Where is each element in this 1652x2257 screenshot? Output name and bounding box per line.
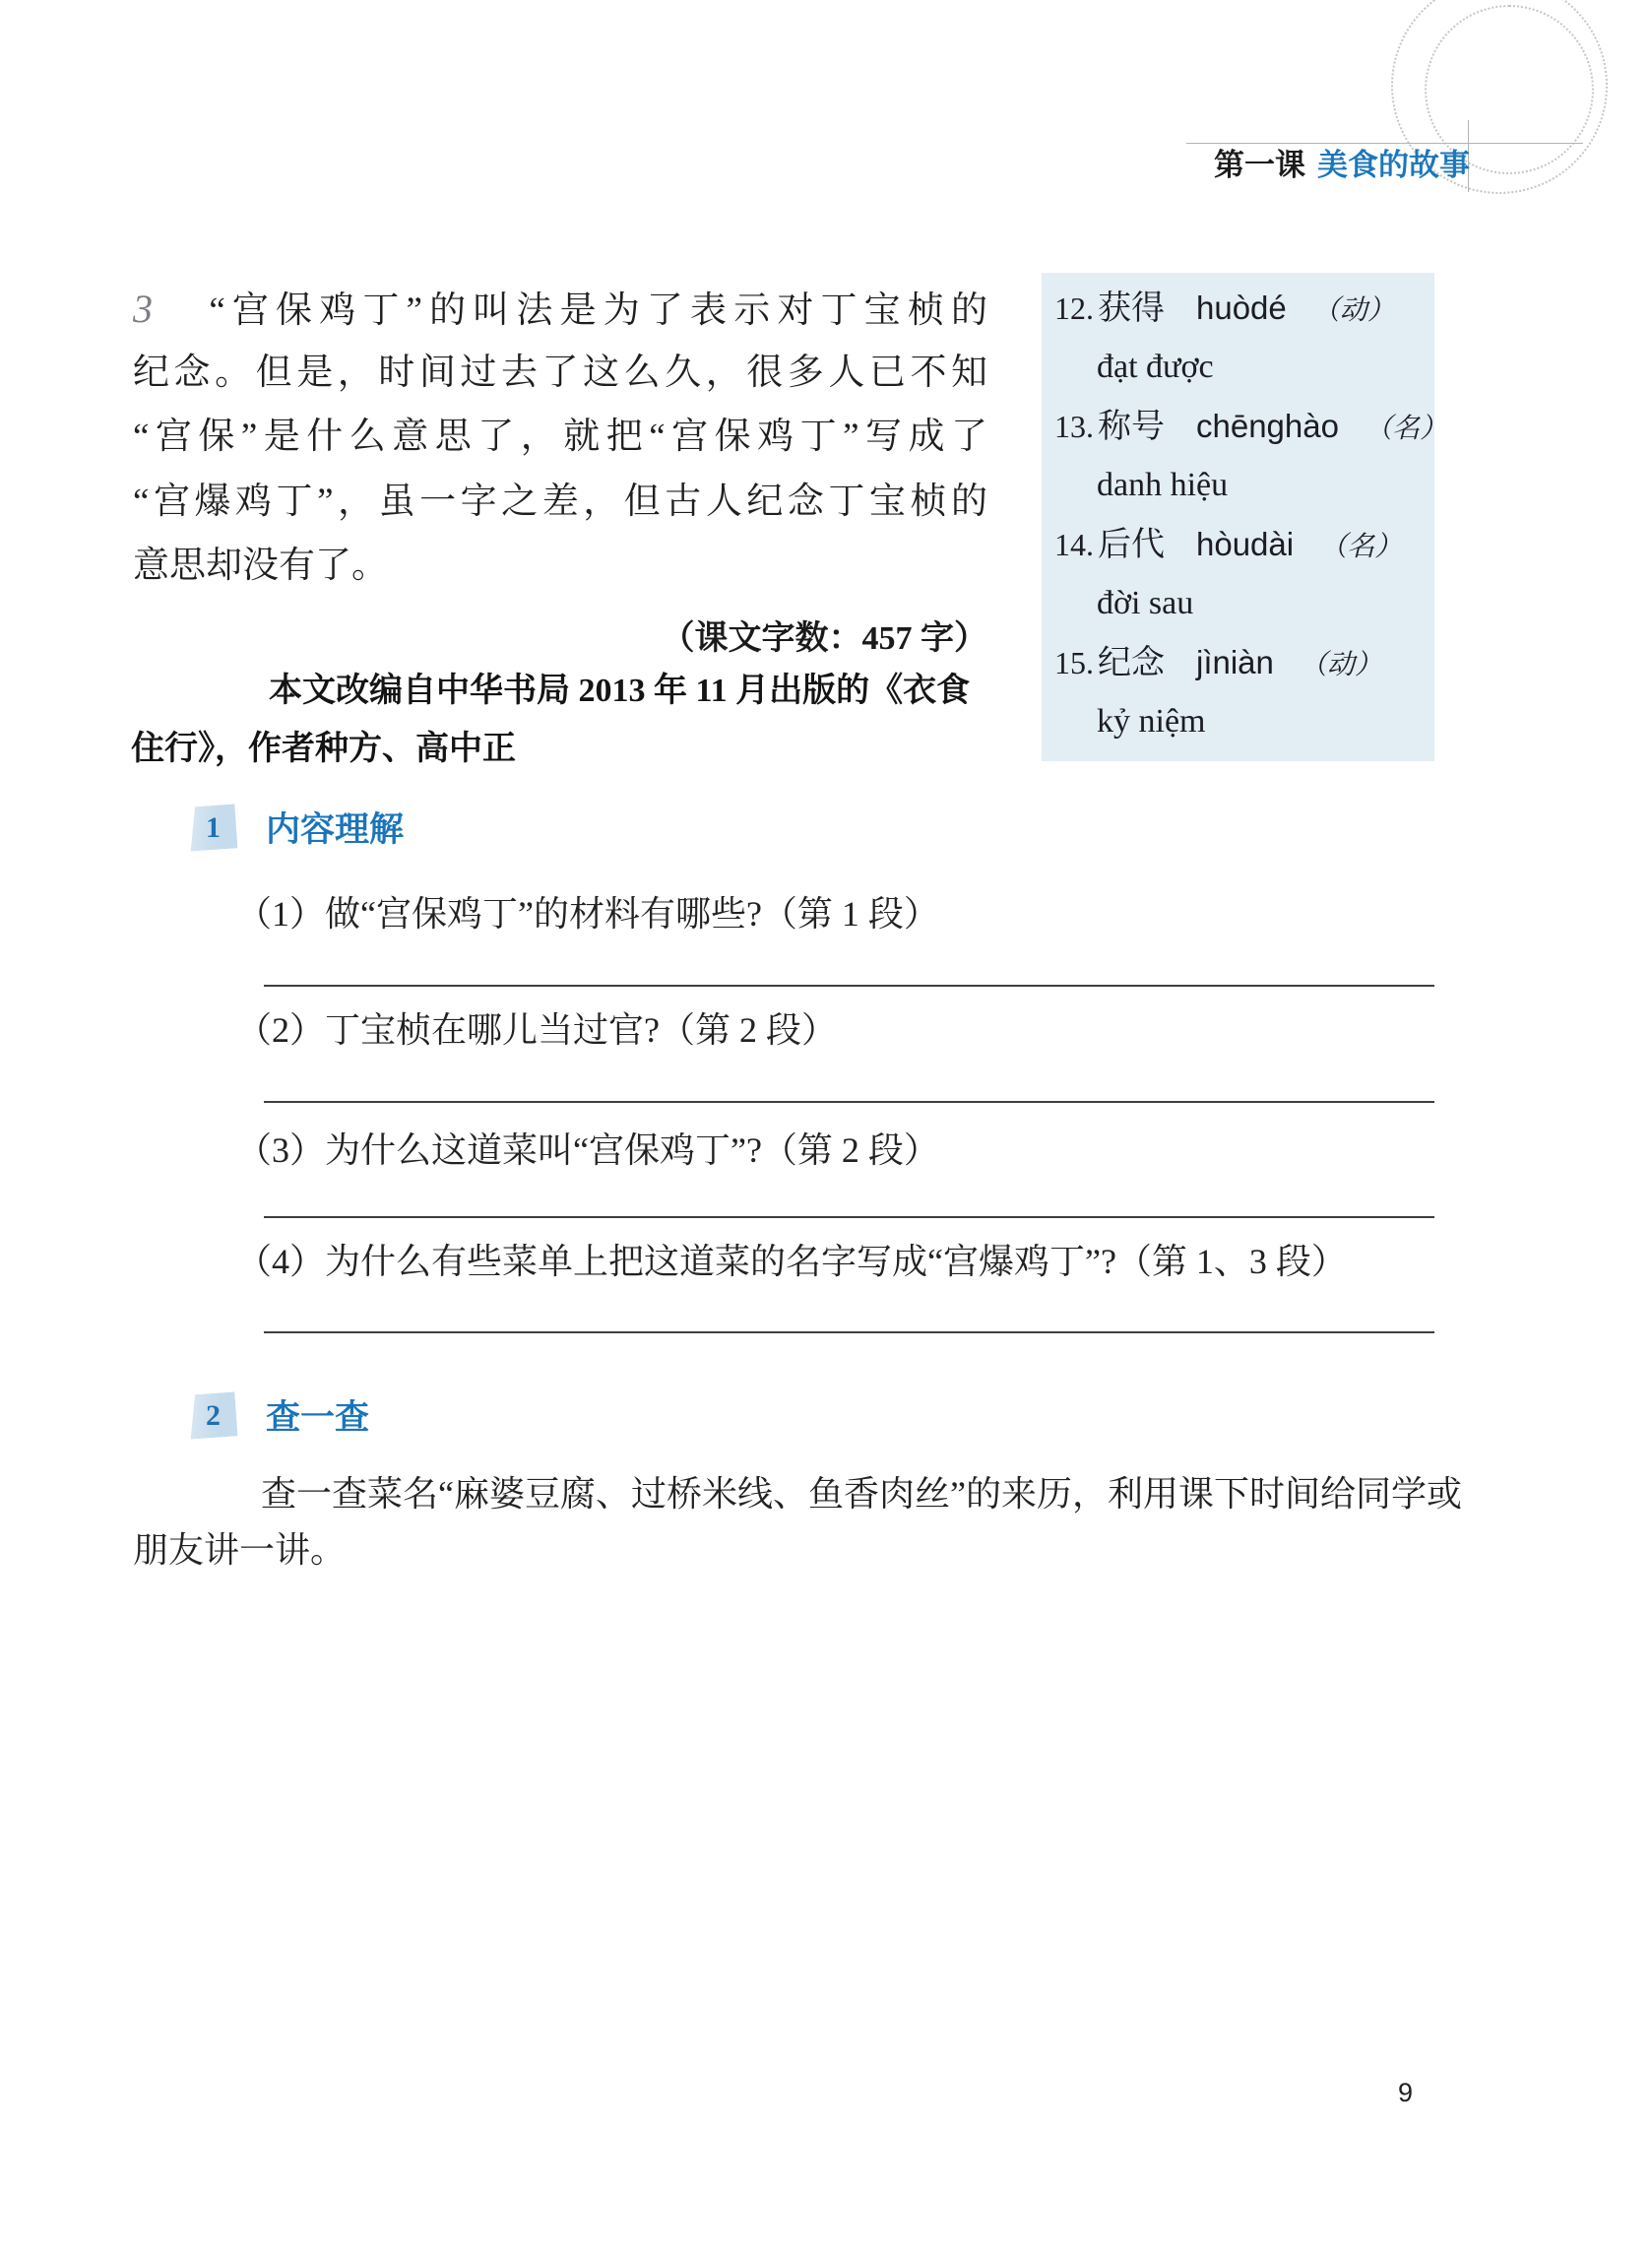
question-3: （3）为什么这道菜叫“宫保鸡丁”?（第 2 段） [236, 1128, 939, 1172]
paragraph-line: 纪念。但是，时间过去了这么久，很多人已不知 [133, 341, 987, 405]
vocab-part-of-speech: （名） [1365, 414, 1447, 444]
vocab-number: 12. [1054, 289, 1098, 328]
lesson-number-label: 第一课 [1214, 148, 1305, 183]
section-2-title: 查一查 [266, 1397, 369, 1439]
question-4: （4）为什么有些菜单上把这道菜的名字写成“宫爆鸡丁”?（第 1、3 段） [236, 1240, 1347, 1283]
page-number: 9 [1398, 2078, 1413, 2108]
activity-text-line: 朋友讲一讲。 [133, 1528, 346, 1572]
vocabulary-box: 12.获得huòdé（动） đạt được 13.称号chēnghào（名） … [1042, 273, 1434, 761]
question-2: （2）丁宝桢在哪儿当过官?（第 2 段） [236, 1008, 837, 1052]
vocab-number: 15. [1054, 643, 1098, 682]
section-number: 1 [206, 811, 221, 845]
vocab-pinyin: huòdé [1196, 290, 1287, 326]
lesson-title-label: 美食的故事 [1317, 148, 1470, 183]
section-1-title: 内容理解 [266, 809, 404, 851]
source-note-line: 住行》，作者种方、高中正 [131, 730, 516, 769]
vocab-word: 纪念 [1098, 645, 1165, 681]
vocab-part-of-speech: （动） [1300, 650, 1382, 680]
answer-blank-line-2 [264, 1101, 1434, 1103]
source-note-line: 本文改编自中华书局 2013 年 11 月出版的《衣食 [269, 672, 970, 711]
paragraph-line: 3 “宫保鸡丁”的叫法是为了表示对丁宝桢的 [133, 277, 987, 341]
vocab-pinyin: chēnghào [1196, 408, 1339, 444]
vocab-number: 14. [1054, 525, 1098, 564]
question-1: （1）做“宫保鸡丁”的材料有哪些?（第 1 段） [236, 892, 939, 935]
section-1-badge: 1 [187, 804, 237, 851]
vocab-number: 13. [1054, 407, 1098, 446]
answer-blank-line-4 [264, 1331, 1434, 1333]
vocab-translation: danh hiệu [1097, 466, 1228, 505]
section-number: 2 [206, 1399, 221, 1433]
paragraph-line: “宫爆鸡丁”，虽一字之差，但古人纪念丁宝桢的 [133, 470, 987, 534]
vocab-pinyin: hòudài [1196, 526, 1294, 562]
vocab-entry: 12.获得huòdé（动） [1054, 289, 1395, 331]
word-count-note: （课文字数：457 字） [133, 611, 987, 659]
textbook-page: 第一课 美食的故事 3 “宫保鸡丁”的叫法是为了表示对丁宝桢的 纪念。但是，时间… [0, 0, 1652, 2257]
paragraph-line-text: “宫保鸡丁”的叫法是为了表示对丁宝桢的 [159, 290, 987, 331]
answer-blank-line-3 [264, 1216, 1434, 1218]
vocab-word: 获得 [1098, 290, 1165, 327]
section-2-badge: 2 [187, 1391, 237, 1439]
vocab-entry: 14.后代hòudài（名） [1054, 525, 1402, 567]
activity-text-line: 查一查菜名“麻婆豆腐、过桥米线、鱼香肉丝”的来历，利用课下时间给同学或 [261, 1472, 1462, 1515]
vocab-entry: 13.称号chēnghào（名） [1054, 407, 1447, 449]
paragraph-line: “宫保”是什么意思了，就把“宫保鸡丁”写成了 [133, 405, 987, 469]
vocab-word: 称号 [1098, 409, 1165, 445]
paragraph-line: 意思却没有了。 [133, 534, 987, 598]
vocab-part-of-speech: （名） [1319, 532, 1402, 562]
vocab-pinyin: jìniàn [1196, 644, 1274, 680]
vocab-translation: kỷ niệm [1097, 702, 1205, 742]
answer-blank-line-1 [264, 985, 1434, 987]
paragraph-number: 3 [133, 287, 159, 331]
vocab-word: 后代 [1098, 527, 1165, 563]
vocab-translation: đời sau [1097, 584, 1193, 623]
vocab-entry: 15.纪念jìniàn（动） [1054, 643, 1382, 685]
running-head: 第一课 美食的故事 [1214, 148, 1470, 183]
vocab-translation: đạt được [1097, 348, 1214, 387]
header-horizontal-rule [1186, 143, 1583, 144]
vocab-part-of-speech: （动） [1312, 295, 1395, 326]
